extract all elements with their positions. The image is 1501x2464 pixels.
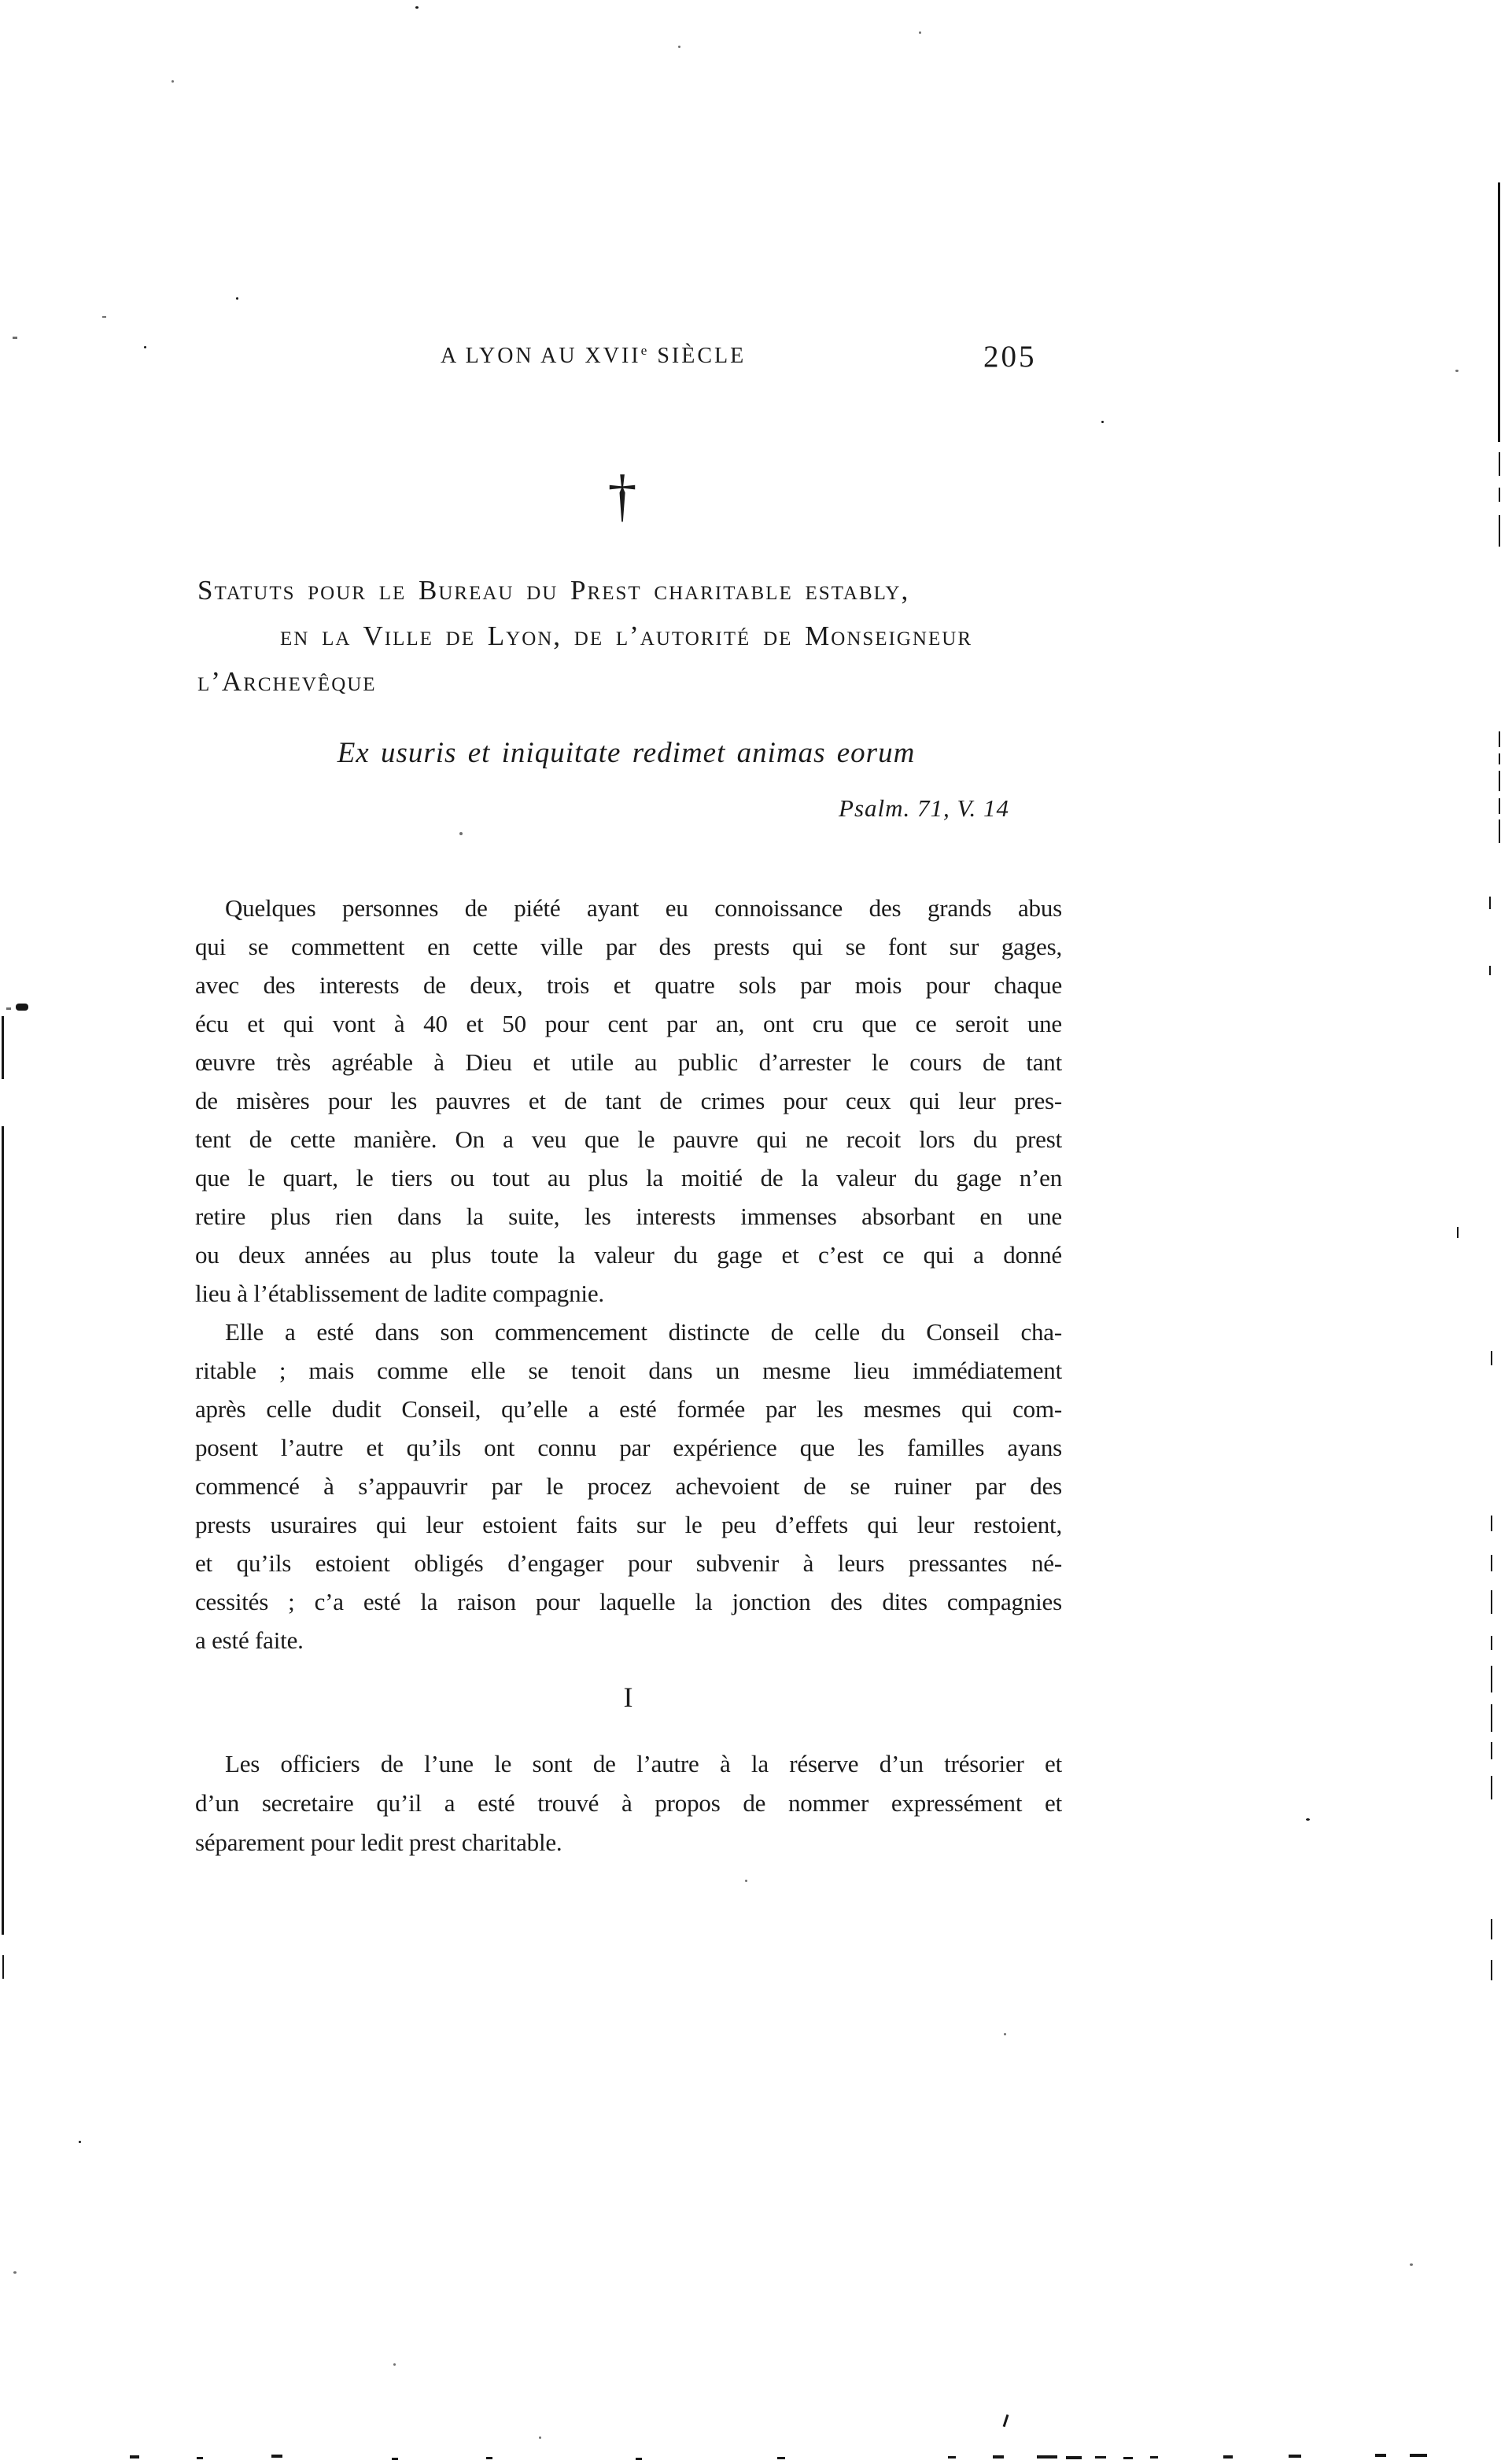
title-line: l’Archevêque bbox=[186, 659, 1066, 705]
speck bbox=[13, 2271, 17, 2274]
text-line: tent de cette manière. On a veu que le p… bbox=[195, 1120, 1062, 1158]
text-line: d’un secretaire qu’il a esté trouvé à pr… bbox=[195, 1784, 1062, 1823]
right-margin-dash bbox=[1491, 1919, 1492, 1939]
right-margin-dash bbox=[1491, 1704, 1492, 1732]
bottom-edge-dash bbox=[1223, 2455, 1233, 2458]
speck bbox=[919, 31, 921, 34]
bottom-edge-dash bbox=[130, 2455, 139, 2458]
section-heading: I bbox=[195, 1680, 1062, 1714]
bottom-edge-dash bbox=[197, 2457, 203, 2459]
right-margin-dash bbox=[1491, 1666, 1492, 1692]
speck bbox=[1306, 1818, 1310, 1821]
right-edge-dash bbox=[1499, 798, 1500, 814]
speck bbox=[539, 2436, 541, 2439]
left-edge-line bbox=[2, 1955, 4, 1979]
text-line: qui se commettent en cette ville par des… bbox=[195, 927, 1062, 966]
right-margin-dash bbox=[1491, 1960, 1492, 1980]
speck bbox=[1004, 2033, 1006, 2035]
text-line: séparement pour ledit prest charitable. bbox=[195, 1823, 1062, 1862]
left-edge-line bbox=[2, 1016, 4, 1079]
speck bbox=[745, 1880, 747, 1882]
right-margin-dash bbox=[1491, 1351, 1492, 1365]
right-edge-dash bbox=[1499, 488, 1500, 502]
right-edge-dash bbox=[1499, 452, 1500, 476]
right-edge-dash bbox=[1499, 819, 1500, 843]
bottom-edge-dash bbox=[1375, 2454, 1386, 2457]
paragraph: Les officiers de l’une le sont de l’autr… bbox=[195, 1744, 1062, 1862]
right-edge-dash bbox=[1499, 515, 1500, 547]
title-line: Statuts pour le Bureau du Prest charitab… bbox=[186, 568, 1066, 613]
speck bbox=[459, 832, 463, 835]
running-header: A LYON AU XVIIeSIÈCLE bbox=[441, 344, 746, 369]
bottom-edge-dash bbox=[1066, 2456, 1082, 2459]
paragraph: Quelques personnes de piété ayant eu con… bbox=[195, 889, 1062, 1313]
paragraph: Elle a esté dans son commencement distin… bbox=[195, 1313, 1062, 1659]
right-margin-dash bbox=[1491, 1742, 1492, 1759]
bottom-edge-dash bbox=[486, 2457, 492, 2459]
text-line: et qu’ils estoient obligés d’engager pou… bbox=[195, 1544, 1062, 1582]
text-line: Quelques personnes de piété ayant eu con… bbox=[195, 889, 1062, 927]
right-edge-line bbox=[1498, 182, 1500, 442]
speck bbox=[415, 6, 419, 9]
left-edge-line bbox=[2, 1126, 4, 1935]
text-line: ritable ; mais comme elle se tenoit dans… bbox=[195, 1351, 1062, 1390]
speck bbox=[171, 80, 174, 83]
speck bbox=[678, 46, 680, 48]
scanned-book-page: A LYON AU XVIIeSIÈCLE 205 † Statuts pour… bbox=[0, 0, 1501, 2464]
text-line: a esté faite. bbox=[195, 1621, 1062, 1659]
text-line: de misères pour les pauvres et de tant d… bbox=[195, 1081, 1062, 1120]
bottom-edge-dash bbox=[777, 2457, 785, 2459]
text-line: retire plus rien dans la suite, les inte… bbox=[195, 1197, 1062, 1236]
speck bbox=[79, 2141, 81, 2143]
running-header-text: A LYON AU XVII bbox=[441, 344, 641, 368]
left-margin-mark bbox=[6, 1007, 11, 1010]
page-number: 205 bbox=[983, 339, 1037, 374]
text-line: que le quart, le tiers ou tout au plus l… bbox=[195, 1158, 1062, 1197]
bottom-area-slash bbox=[1003, 2414, 1009, 2427]
title-line: en la Ville de Lyon, de l’autorité de Mo… bbox=[186, 613, 1066, 659]
right-edge-dash bbox=[1499, 753, 1500, 764]
text-line: Les officiers de l’une le sont de l’autr… bbox=[195, 1744, 1062, 1784]
right-margin-dash bbox=[1491, 1590, 1492, 1614]
text-line: écu et qui vont à 40 et 50 pour cent par… bbox=[195, 1004, 1062, 1043]
text-line: Elle a esté dans son commencement distin… bbox=[195, 1313, 1062, 1351]
text-line: prests usuraires qui leur estoient faits… bbox=[195, 1505, 1062, 1544]
speck bbox=[1410, 2263, 1413, 2266]
epigraph-attribution-text: Psalm. 71, V. 14 bbox=[839, 794, 1009, 823]
text-line: cessités ; c’a esté la raison pour laque… bbox=[195, 1582, 1062, 1621]
right-margin-dash bbox=[1489, 897, 1491, 909]
right-margin-dash bbox=[1491, 1555, 1492, 1571]
text-line: avec des interests de deux, trois et qua… bbox=[195, 966, 1062, 1004]
speck bbox=[236, 297, 238, 300]
epigraph-attribution: Psalm. 71, V. 14 bbox=[186, 794, 1066, 823]
bottom-edge-dash bbox=[1037, 2455, 1057, 2458]
bottom-edge-dash bbox=[948, 2456, 956, 2458]
bottom-edge-dash bbox=[1410, 2454, 1427, 2457]
speck bbox=[13, 337, 17, 339]
text-line: après celle dudit Conseil, qu’elle a est… bbox=[195, 1390, 1062, 1428]
bottom-edge-dash bbox=[392, 2458, 398, 2460]
bottom-edge-dash bbox=[1289, 2455, 1301, 2458]
right-edge-dash bbox=[1499, 771, 1500, 791]
left-margin-blob bbox=[16, 1004, 28, 1011]
text-line: posent l’autre et qu’ils ont connu par e… bbox=[195, 1428, 1062, 1467]
running-header-text-right: SIÈCLE bbox=[657, 344, 746, 368]
right-margin-dash bbox=[1489, 966, 1491, 975]
right-margin-dash bbox=[1491, 1636, 1492, 1650]
right-margin-dash bbox=[1491, 1516, 1492, 1531]
ordinal-superscript: e bbox=[641, 343, 648, 358]
bottom-edge-dash bbox=[1095, 2456, 1106, 2458]
speck bbox=[1455, 370, 1459, 372]
speck bbox=[393, 2363, 396, 2366]
bottom-edge-dash bbox=[1150, 2456, 1158, 2458]
epigraph: Ex usuris et iniquitate redimet animas e… bbox=[186, 736, 1066, 770]
body-text: Quelques personnes de piété ayant eu con… bbox=[195, 889, 1062, 1862]
right-margin-dash bbox=[1457, 1227, 1459, 1238]
bottom-edge-dash bbox=[271, 2455, 282, 2458]
text-line: commencé à s’appauvrir par le procez ach… bbox=[195, 1467, 1062, 1505]
text-line: lieu à l’établissement de ladite compagn… bbox=[195, 1274, 1062, 1313]
text-line: ou deux années au plus toute la valeur d… bbox=[195, 1236, 1062, 1274]
cross-icon: † bbox=[578, 467, 666, 525]
bottom-edge-dash bbox=[993, 2455, 1004, 2458]
speck bbox=[102, 316, 106, 318]
text-line: œuvre très agréable à Dieu et utile au p… bbox=[195, 1043, 1062, 1081]
right-margin-dash bbox=[1491, 1776, 1492, 1799]
speck bbox=[144, 346, 146, 348]
bottom-edge-dash bbox=[1123, 2457, 1133, 2459]
document-title: Statuts pour le Bureau du Prest charitab… bbox=[186, 568, 1066, 705]
right-edge-dash bbox=[1499, 731, 1500, 747]
bottom-edge-dash bbox=[636, 2458, 642, 2460]
speck bbox=[1101, 421, 1104, 423]
